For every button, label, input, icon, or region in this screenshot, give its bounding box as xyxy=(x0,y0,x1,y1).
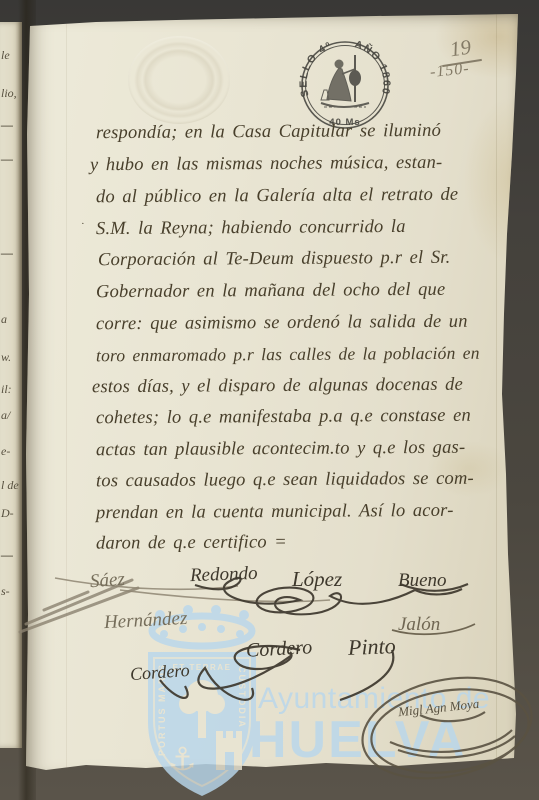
signature-saez: Sáez xyxy=(89,569,125,593)
signature-jalon: Jalón xyxy=(398,614,440,636)
rubric-oval xyxy=(363,678,532,779)
signature-pinto: Pinto xyxy=(348,633,397,661)
signature-bueno: Bueno xyxy=(398,570,447,592)
signature-lopez: López xyxy=(292,567,342,592)
signature-cordero-2: Cordero xyxy=(129,660,190,685)
signature-redondo: Redondo xyxy=(190,563,258,587)
flourish-strokes xyxy=(0,0,539,800)
scanned-document: le lio, — — — a w. il: a/ e- l de D- — s… xyxy=(0,0,539,800)
signature-cordero: Cordero xyxy=(245,636,312,662)
signature-hernandez: Hernández xyxy=(103,608,187,634)
signature-block: Sáez Redondo López Bueno Hernández Jalón… xyxy=(0,0,539,800)
